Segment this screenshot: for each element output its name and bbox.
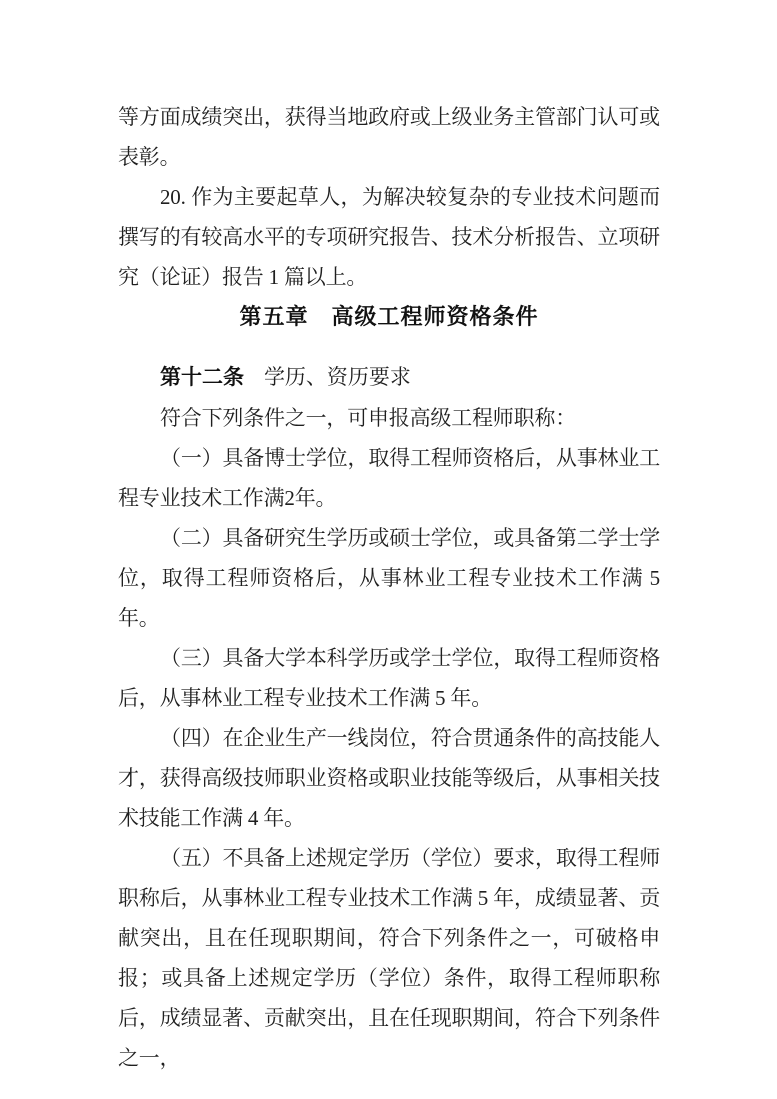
condition-item-3: （三）具备大学本科学历或学士学位，取得工程师资格后，从事林业工程专业技术工作满 … [118, 638, 660, 718]
chapter-heading: 第五章 高级工程师资格条件 [118, 297, 660, 337]
item-20-paragraph: 20. 作为主要起草人，为解决较复杂的专业技术问题而撰写的有较高水平的专项研究报… [118, 177, 660, 297]
text-column: 等方面成绩突出，获得当地政府或上级业务主管部门认可或表彰。 20. 作为主要起草… [118, 97, 660, 1078]
condition-item-4: （四）在企业生产一线岗位，符合贯通条件的高技能人才，获得高级技师职业资格或职业技… [118, 718, 660, 838]
article-title: 学历、资历要求 [264, 365, 411, 389]
article-clause: 第十二条学历、资历要求 [118, 357, 660, 398]
article-label: 第十二条 [160, 366, 244, 389]
condition-item-2: （二）具备研究生学历或硕士学位，或具备第二学士学位，取得工程师资格后，从事林业工… [118, 518, 660, 638]
condition-item-1: （一）具备博士学位，取得工程师资格后，从事林业工程专业技术工作满2年。 [118, 438, 660, 518]
carryover-paragraph: 等方面成绩突出，获得当地政府或上级业务主管部门认可或表彰。 [118, 97, 660, 177]
condition-item-5: （五）不具备上述规定学历（学位）要求，取得工程师职称后，从事林业工程专业技术工作… [118, 838, 660, 1078]
document-page: 等方面成绩突出，获得当地政府或上级业务主管部门认可或表彰。 20. 作为主要起草… [0, 0, 777, 1099]
lead-in-paragraph: 符合下列条件之一，可申报高级工程师职称： [118, 398, 660, 438]
